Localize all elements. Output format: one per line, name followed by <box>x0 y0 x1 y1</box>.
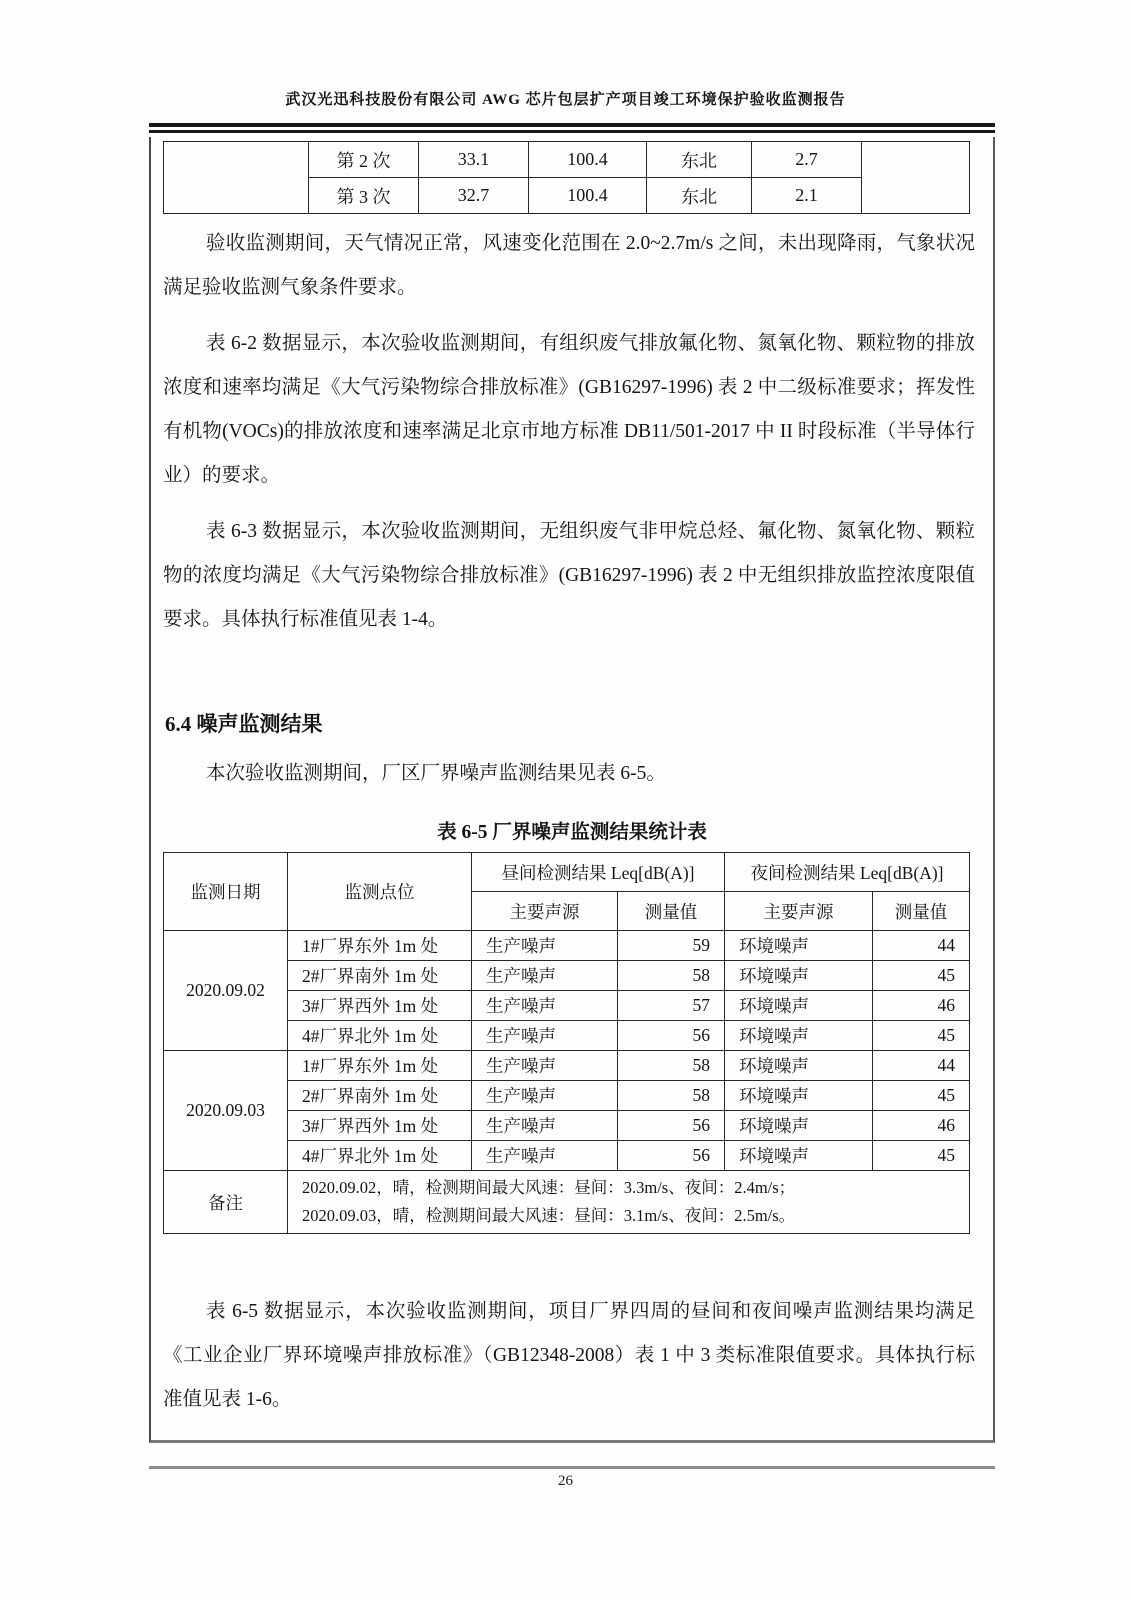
day-value-cell: 59 <box>618 931 725 961</box>
direction-cell: 东北 <box>647 178 752 214</box>
night-source-cell: 环境噪声 <box>725 1051 873 1081</box>
location-cell: 1#厂界东外 1m 处 <box>288 1051 472 1081</box>
value-cell: 2.7 <box>752 142 862 178</box>
night-source-cell: 环境噪声 <box>725 1021 873 1051</box>
header-date: 监测日期 <box>164 853 288 931</box>
remark-content-cell: 2020.09.02，晴，检测期间最大风速：昼间：3.3m/s、夜间：2.4m/… <box>288 1171 970 1234</box>
header-day-result: 昼间检测结果 Leq[dB(A)] <box>472 853 725 892</box>
location-cell: 1#厂界东外 1m 处 <box>288 931 472 961</box>
location-cell: 4#厂界北外 1m 处 <box>288 1021 472 1051</box>
paragraph-table6-2-result: 表 6-2 数据显示，本次验收监测期间，有组织废气排放氟化物、氮氧化物、颗粒物的… <box>163 322 975 498</box>
remark-line: 2020.09.03，晴，检测期间最大风速：昼间：3.1m/s、夜间：2.5m/… <box>302 1202 965 1230</box>
header-double-rule <box>149 123 995 133</box>
value-cell: 100.4 <box>529 142 647 178</box>
day-value-cell: 58 <box>618 1081 725 1111</box>
night-value-cell: 45 <box>873 1081 970 1111</box>
value-cell: 100.4 <box>529 178 647 214</box>
night-source-cell: 环境噪声 <box>725 1141 873 1171</box>
table-row: 2020.09.02 1#厂界东外 1m 处 生产噪声 59 环境噪声 44 <box>164 931 970 961</box>
day-source-cell: 生产噪声 <box>472 961 618 991</box>
night-source-cell: 环境噪声 <box>725 1111 873 1141</box>
remark-label-cell: 备注 <box>164 1171 288 1234</box>
night-value-cell: 45 <box>873 961 970 991</box>
day-value-cell: 57 <box>618 991 725 1021</box>
location-cell: 2#厂界南外 1m 处 <box>288 961 472 991</box>
day-value-cell: 56 <box>618 1141 725 1171</box>
day-source-cell: 生产噪声 <box>472 1051 618 1081</box>
round-cell: 第 3 次 <box>309 178 419 214</box>
paragraph-weather: 验收监测期间，天气情况正常，风速变化范围在 2.0~2.7m/s 之间，未出现降… <box>163 222 975 310</box>
day-source-cell: 生产噪声 <box>472 1111 618 1141</box>
noise-monitoring-table: 监测日期 监测点位 昼间检测结果 Leq[dB(A)] 夜间检测结果 Leq[d… <box>163 852 970 1234</box>
round-cell: 第 2 次 <box>309 142 419 178</box>
day-source-cell: 生产噪声 <box>472 931 618 961</box>
direction-cell: 东北 <box>647 142 752 178</box>
day-source-cell: 生产噪声 <box>472 991 618 1021</box>
content-area: 第 2 次 33.1 100.4 东北 2.7 第 3 次 32.7 100.4… <box>149 137 995 1443</box>
night-value-cell: 46 <box>873 991 970 1021</box>
table-row-remark: 备注 2020.09.02，晴，检测期间最大风速：昼间：3.3m/s、夜间：2.… <box>164 1171 970 1234</box>
day-value-cell: 56 <box>618 1021 725 1051</box>
night-value-cell: 44 <box>873 931 970 961</box>
night-source-cell: 环境噪声 <box>725 931 873 961</box>
empty-merged-cell <box>164 142 309 214</box>
night-source-cell: 环境噪声 <box>725 1081 873 1111</box>
location-cell: 2#厂界南外 1m 处 <box>288 1081 472 1111</box>
night-value-cell: 45 <box>873 1141 970 1171</box>
footer-rule <box>149 1466 995 1469</box>
day-source-cell: 生产噪声 <box>472 1141 618 1171</box>
day-value-cell: 58 <box>618 961 725 991</box>
table-row: 2020.09.03 1#厂界东外 1m 处 生产噪声 58 环境噪声 44 <box>164 1051 970 1081</box>
section-heading-6-4: 6.4 噪声监测结果 <box>165 708 981 738</box>
day-value-cell: 56 <box>618 1111 725 1141</box>
location-cell: 3#厂界西外 1m 处 <box>288 1111 472 1141</box>
table-row: 第 2 次 33.1 100.4 东北 2.7 <box>164 142 970 178</box>
day-value-cell: 58 <box>618 1051 725 1081</box>
table-header-row: 监测日期 监测点位 昼间检测结果 Leq[dB(A)] 夜间检测结果 Leq[d… <box>164 853 970 892</box>
location-cell: 4#厂界北外 1m 处 <box>288 1141 472 1171</box>
empty-merged-cell <box>862 142 970 214</box>
page-number: 26 <box>0 1473 1131 1490</box>
value-cell: 32.7 <box>419 178 529 214</box>
header-night-value: 测量值 <box>873 892 970 931</box>
page-header-title: 武汉光迅科技股份有限公司 AWG 芯片包层扩产项目竣工环境保护验收监测报告 <box>0 88 1131 109</box>
header-day-value: 测量值 <box>618 892 725 931</box>
night-source-cell: 环境噪声 <box>725 991 873 1021</box>
location-cell: 3#厂界西外 1m 处 <box>288 991 472 1021</box>
document-page: 武汉光迅科技股份有限公司 AWG 芯片包层扩产项目竣工环境保护验收监测报告 第 … <box>0 0 1131 1600</box>
date-cell: 2020.09.02 <box>164 931 288 1051</box>
night-value-cell: 45 <box>873 1021 970 1051</box>
continuation-table: 第 2 次 33.1 100.4 东北 2.7 第 3 次 32.7 100.4… <box>163 141 970 214</box>
header-location: 监测点位 <box>288 853 472 931</box>
value-cell: 33.1 <box>419 142 529 178</box>
date-cell: 2020.09.03 <box>164 1051 288 1171</box>
noise-table-head: 监测日期 监测点位 昼间检测结果 Leq[dB(A)] 夜间检测结果 Leq[d… <box>164 853 970 931</box>
paragraph-noise-intro: 本次验收监测期间，厂区厂界噪声监测结果见表 6-5。 <box>163 752 975 796</box>
day-source-cell: 生产噪声 <box>472 1021 618 1051</box>
value-cell: 2.1 <box>752 178 862 214</box>
header-night-result: 夜间检测结果 Leq[dB(A)] <box>725 853 970 892</box>
noise-table-title: 表 6-5 厂界噪声监测结果统计表 <box>163 816 981 844</box>
header-night-source: 主要声源 <box>725 892 873 931</box>
night-value-cell: 46 <box>873 1111 970 1141</box>
noise-table-body: 2020.09.02 1#厂界东外 1m 处 生产噪声 59 环境噪声 44 2… <box>164 931 970 1234</box>
paragraph-table6-3-result: 表 6-3 数据显示，本次验收监测期间，无组织废气非甲烷总烃、氟化物、氮氧化物、… <box>163 510 975 642</box>
night-value-cell: 44 <box>873 1051 970 1081</box>
header-day-source: 主要声源 <box>472 892 618 931</box>
day-source-cell: 生产噪声 <box>472 1081 618 1111</box>
night-source-cell: 环境噪声 <box>725 961 873 991</box>
remark-line: 2020.09.02，晴，检测期间最大风速：昼间：3.3m/s、夜间：2.4m/… <box>302 1174 965 1202</box>
paragraph-table6-5-result: 表 6-5 数据显示，本次验收监测期间，项目厂界四周的昼间和夜间噪声监测结果均满… <box>163 1290 975 1422</box>
